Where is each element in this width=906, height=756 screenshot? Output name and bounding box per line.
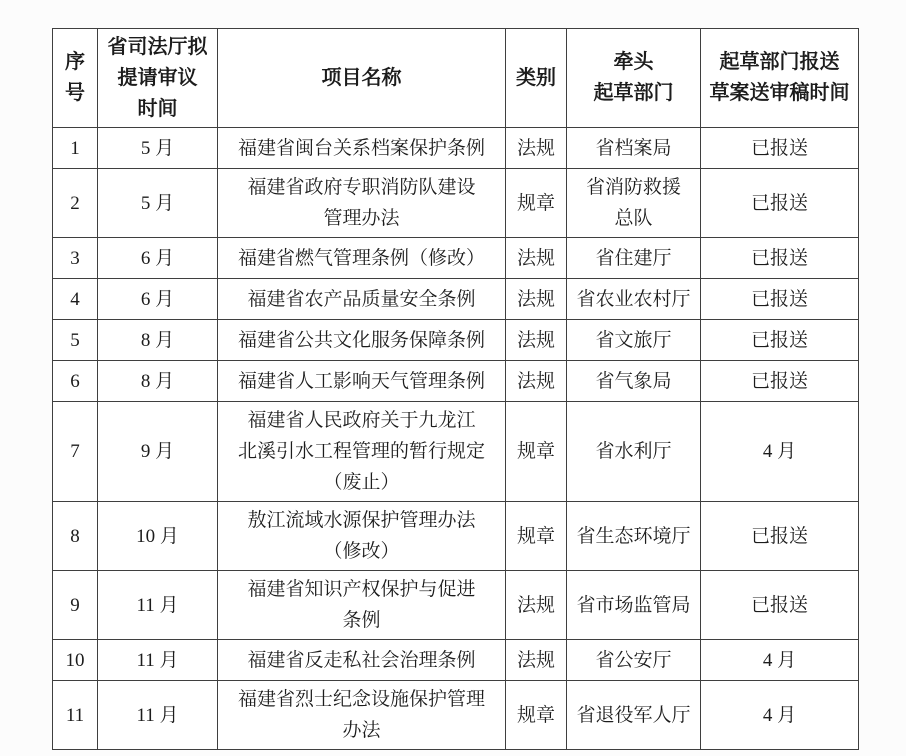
cell-category: 规章 (506, 681, 567, 750)
cell-review-time: 11 月 (98, 681, 218, 750)
cell-lead-department: 省住建厅 (567, 238, 701, 279)
cell-index: 1 (53, 128, 98, 169)
header-category: 类别 (506, 29, 567, 128)
cell-index: 3 (53, 238, 98, 279)
cell-index: 5 (53, 320, 98, 361)
cell-review-time: 8 月 (98, 320, 218, 361)
cell-lead-department: 省公安厅 (567, 640, 701, 681)
table-row: 68 月福建省人工影响天气管理条例法规省气象局已报送 (53, 361, 859, 402)
cell-index: 11 (53, 681, 98, 750)
cell-review-time: 6 月 (98, 279, 218, 320)
cell-draft-submit-time: 已报送 (701, 571, 859, 640)
table-row: 58 月福建省公共文化服务保障条例法规省文旅厅已报送 (53, 320, 859, 361)
table-body: 15 月福建省闽台关系档案保护条例法规省档案局已报送25 月福建省政府专职消防队… (53, 128, 859, 750)
cell-project-name: 福建省政府专职消防队建设 管理办法 (218, 169, 506, 238)
cell-index: 4 (53, 279, 98, 320)
header-draft-submit-time: 起草部门报送 草案送审稿时间 (701, 29, 859, 128)
cell-draft-submit-time: 已报送 (701, 128, 859, 169)
cell-lead-department: 省农业农村厅 (567, 279, 701, 320)
cell-draft-submit-time: 已报送 (701, 320, 859, 361)
cell-draft-submit-time: 4 月 (701, 681, 859, 750)
table-row: 810 月敖江流域水源保护管理办法 （修改）规章省生态环境厅已报送 (53, 502, 859, 571)
cell-project-name: 敖江流域水源保护管理办法 （修改） (218, 502, 506, 571)
cell-index: 8 (53, 502, 98, 571)
cell-review-time: 11 月 (98, 571, 218, 640)
cell-lead-department: 省气象局 (567, 361, 701, 402)
cell-category: 规章 (506, 402, 567, 502)
cell-project-name: 福建省农产品质量安全条例 (218, 279, 506, 320)
cell-index: 7 (53, 402, 98, 502)
cell-project-name: 福建省烈士纪念设施保护管理 办法 (218, 681, 506, 750)
table-row: 911 月福建省知识产权保护与促进 条例法规省市场监管局已报送 (53, 571, 859, 640)
cell-category: 法规 (506, 238, 567, 279)
cell-review-time: 8 月 (98, 361, 218, 402)
cell-review-time: 10 月 (98, 502, 218, 571)
cell-project-name: 福建省燃气管理条例（修改） (218, 238, 506, 279)
cell-review-time: 9 月 (98, 402, 218, 502)
cell-index: 10 (53, 640, 98, 681)
header-project-name: 项目名称 (218, 29, 506, 128)
cell-project-name: 福建省反走私社会治理条例 (218, 640, 506, 681)
cell-index: 6 (53, 361, 98, 402)
cell-review-time: 5 月 (98, 128, 218, 169)
cell-draft-submit-time: 已报送 (701, 279, 859, 320)
table-row: 15 月福建省闽台关系档案保护条例法规省档案局已报送 (53, 128, 859, 169)
table-row: 1111 月福建省烈士纪念设施保护管理 办法规章省退役军人厅4 月 (53, 681, 859, 750)
cell-review-time: 6 月 (98, 238, 218, 279)
table-row: 46 月福建省农产品质量安全条例法规省农业农村厅已报送 (53, 279, 859, 320)
cell-index: 2 (53, 169, 98, 238)
table-row: 25 月福建省政府专职消防队建设 管理办法规章省消防救援 总队已报送 (53, 169, 859, 238)
cell-category: 法规 (506, 279, 567, 320)
legislation-plan-table: 序 号 省司法厅拟 提请审议 时间 项目名称 类别 牵头 起草部门 起草部门报送… (52, 28, 859, 750)
cell-category: 法规 (506, 640, 567, 681)
cell-draft-submit-time: 4 月 (701, 640, 859, 681)
cell-project-name: 福建省人工影响天气管理条例 (218, 361, 506, 402)
cell-lead-department: 省消防救援 总队 (567, 169, 701, 238)
header-index: 序 号 (53, 29, 98, 128)
cell-project-name: 福建省人民政府关于九龙江 北溪引水工程管理的暂行规定 （废止） (218, 402, 506, 502)
table-row: 1011 月福建省反走私社会治理条例法规省公安厅4 月 (53, 640, 859, 681)
table-header: 序 号 省司法厅拟 提请审议 时间 项目名称 类别 牵头 起草部门 起草部门报送… (53, 29, 859, 128)
cell-lead-department: 省市场监管局 (567, 571, 701, 640)
cell-draft-submit-time: 已报送 (701, 169, 859, 238)
cell-review-time: 5 月 (98, 169, 218, 238)
cell-project-name: 福建省闽台关系档案保护条例 (218, 128, 506, 169)
cell-draft-submit-time: 已报送 (701, 361, 859, 402)
header-lead-department: 牵头 起草部门 (567, 29, 701, 128)
document-page: 序 号 省司法厅拟 提请审议 时间 项目名称 类别 牵头 起草部门 起草部门报送… (0, 0, 906, 756)
cell-category: 规章 (506, 169, 567, 238)
cell-category: 法规 (506, 571, 567, 640)
cell-draft-submit-time: 4 月 (701, 402, 859, 502)
cell-draft-submit-time: 已报送 (701, 238, 859, 279)
cell-project-name: 福建省知识产权保护与促进 条例 (218, 571, 506, 640)
cell-lead-department: 省退役军人厅 (567, 681, 701, 750)
cell-category: 法规 (506, 361, 567, 402)
cell-category: 规章 (506, 502, 567, 571)
cell-category: 法规 (506, 128, 567, 169)
table-row: 36 月福建省燃气管理条例（修改）法规省住建厅已报送 (53, 238, 859, 279)
header-review-time: 省司法厅拟 提请审议 时间 (98, 29, 218, 128)
cell-lead-department: 省档案局 (567, 128, 701, 169)
cell-review-time: 11 月 (98, 640, 218, 681)
cell-lead-department: 省生态环境厅 (567, 502, 701, 571)
table-row: 79 月福建省人民政府关于九龙江 北溪引水工程管理的暂行规定 （废止）规章省水利… (53, 402, 859, 502)
cell-project-name: 福建省公共文化服务保障条例 (218, 320, 506, 361)
header-row: 序 号 省司法厅拟 提请审议 时间 项目名称 类别 牵头 起草部门 起草部门报送… (53, 29, 859, 128)
cell-lead-department: 省水利厅 (567, 402, 701, 502)
cell-category: 法规 (506, 320, 567, 361)
cell-draft-submit-time: 已报送 (701, 502, 859, 571)
cell-index: 9 (53, 571, 98, 640)
cell-lead-department: 省文旅厅 (567, 320, 701, 361)
